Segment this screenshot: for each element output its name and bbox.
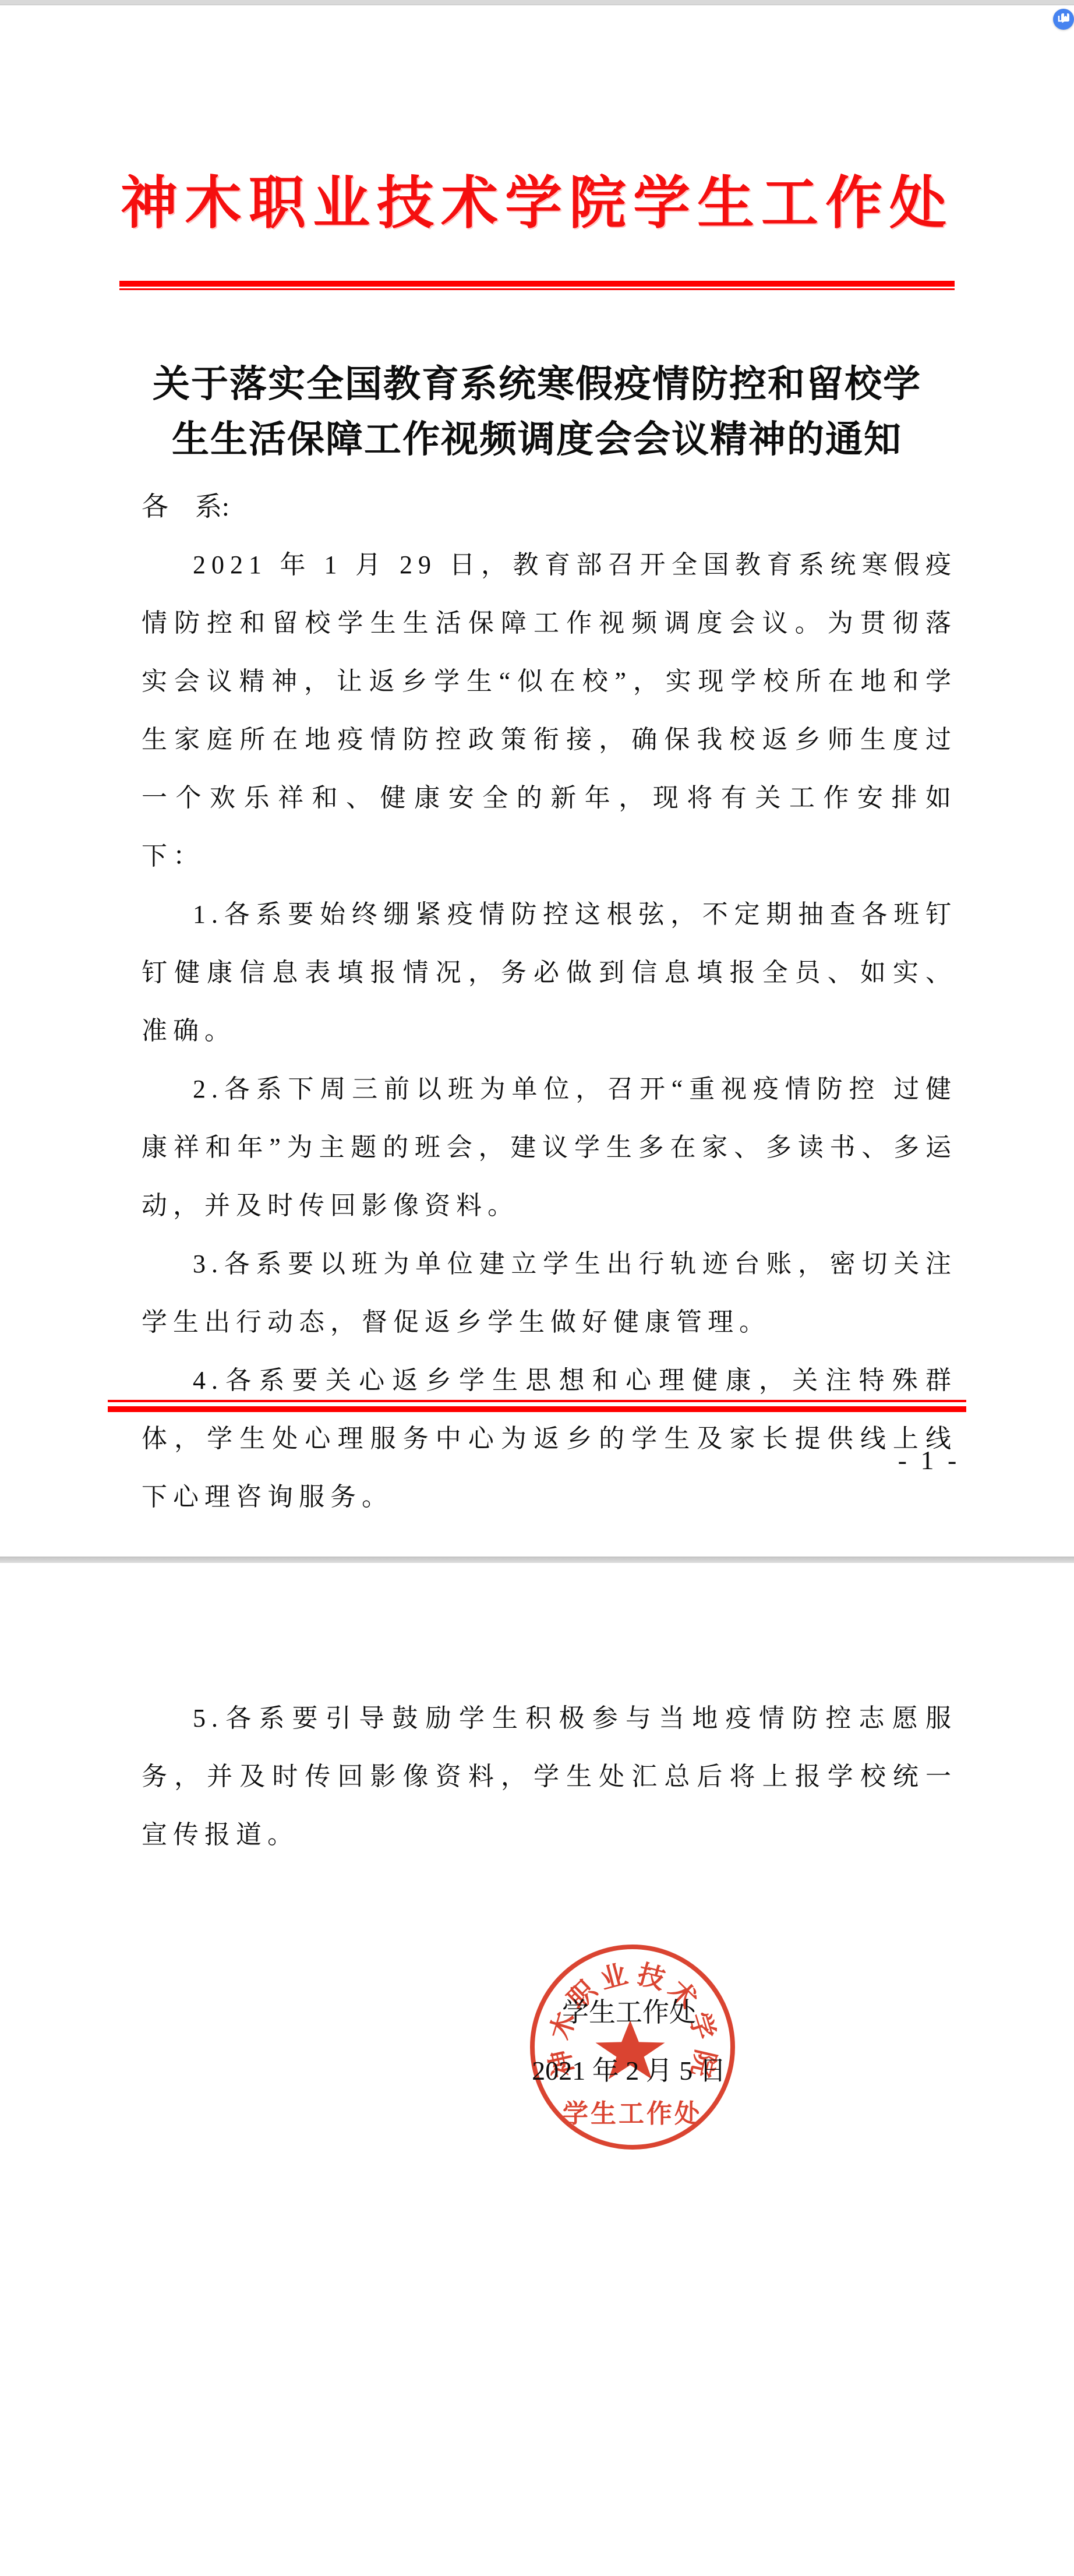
doc-title-line-2: 生生活保障工作视频调度会会议精神的通知 bbox=[0, 412, 1074, 467]
document-viewer: { "colors": { "rule_red": "#ff0000", "or… bbox=[0, 0, 1074, 2576]
closing-date: 2021 年 2 月 5 日 bbox=[501, 2042, 757, 2100]
viewport-top-strip bbox=[0, 0, 1074, 5]
header-rule-thick bbox=[119, 281, 955, 287]
footer-rule-thin bbox=[108, 1400, 966, 1402]
doc-title-line-1: 关于落实全国教育系统寒假疫情防控和留校学 bbox=[0, 357, 1074, 412]
doc-title: 关于落实全国教育系统寒假疫情防控和留校学 生生活保障工作视频调度会会议精神的通知 bbox=[0, 357, 1074, 467]
paragraph-intro: 2021 年 1 月 29 日，教育部召开全国教育系统寒假疫情防控和留校学生生活… bbox=[142, 536, 957, 885]
page1-body-text: 2021 年 1 月 29 日，教育部召开全国教育系统寒假疫情防控和留校学生生活… bbox=[142, 536, 957, 1526]
footer-rule-thick bbox=[108, 1406, 966, 1412]
salutation: 各 系: bbox=[142, 489, 229, 524]
page-number: - 1 - bbox=[862, 1445, 996, 1476]
paragraph-item-2: 2.各系下周三前以班为单位，召开“重视疫情防控 过健康祥和年”为主题的班会，建议… bbox=[142, 1060, 957, 1235]
image-with-arrow-icon bbox=[1053, 9, 1074, 30]
closing-signature: 学生工作处 bbox=[501, 1984, 757, 2042]
page2-body-text: 5.各系要引导鼓励学生积极参与当地疫情防控志愿服务，并及时传回影像资料，学生处汇… bbox=[142, 1689, 957, 1864]
paragraph-item-3: 3.各系要以班为单位建立学生出行轨迹台账，密切关注学生出行动态，督促返乡学生做好… bbox=[142, 1235, 957, 1351]
paragraph-item-5: 5.各系要引导鼓励学生积极参与当地疫情防控志愿服务，并及时传回影像资料，学生处汇… bbox=[142, 1689, 957, 1864]
header-rule-thin bbox=[119, 288, 955, 290]
org-header: 神木职业技术学院学生工作处 bbox=[0, 157, 1074, 239]
paragraph-item-1: 1.各系要始终绷紧疫情防控这根弦，不定期抽查各班钉钉健康信息表填报情况，务必做到… bbox=[142, 885, 957, 1060]
paragraph-item-4: 4.各系要关心返乡学生思想和心理健康，关注特殊群体，学生处心理服务中心为返乡的学… bbox=[142, 1351, 957, 1526]
closing-block: 学生工作处 2021 年 2 月 5 日 bbox=[501, 1984, 757, 2100]
floating-image-tool-button[interactable] bbox=[1053, 9, 1074, 30]
page-separator bbox=[0, 1557, 1074, 1563]
